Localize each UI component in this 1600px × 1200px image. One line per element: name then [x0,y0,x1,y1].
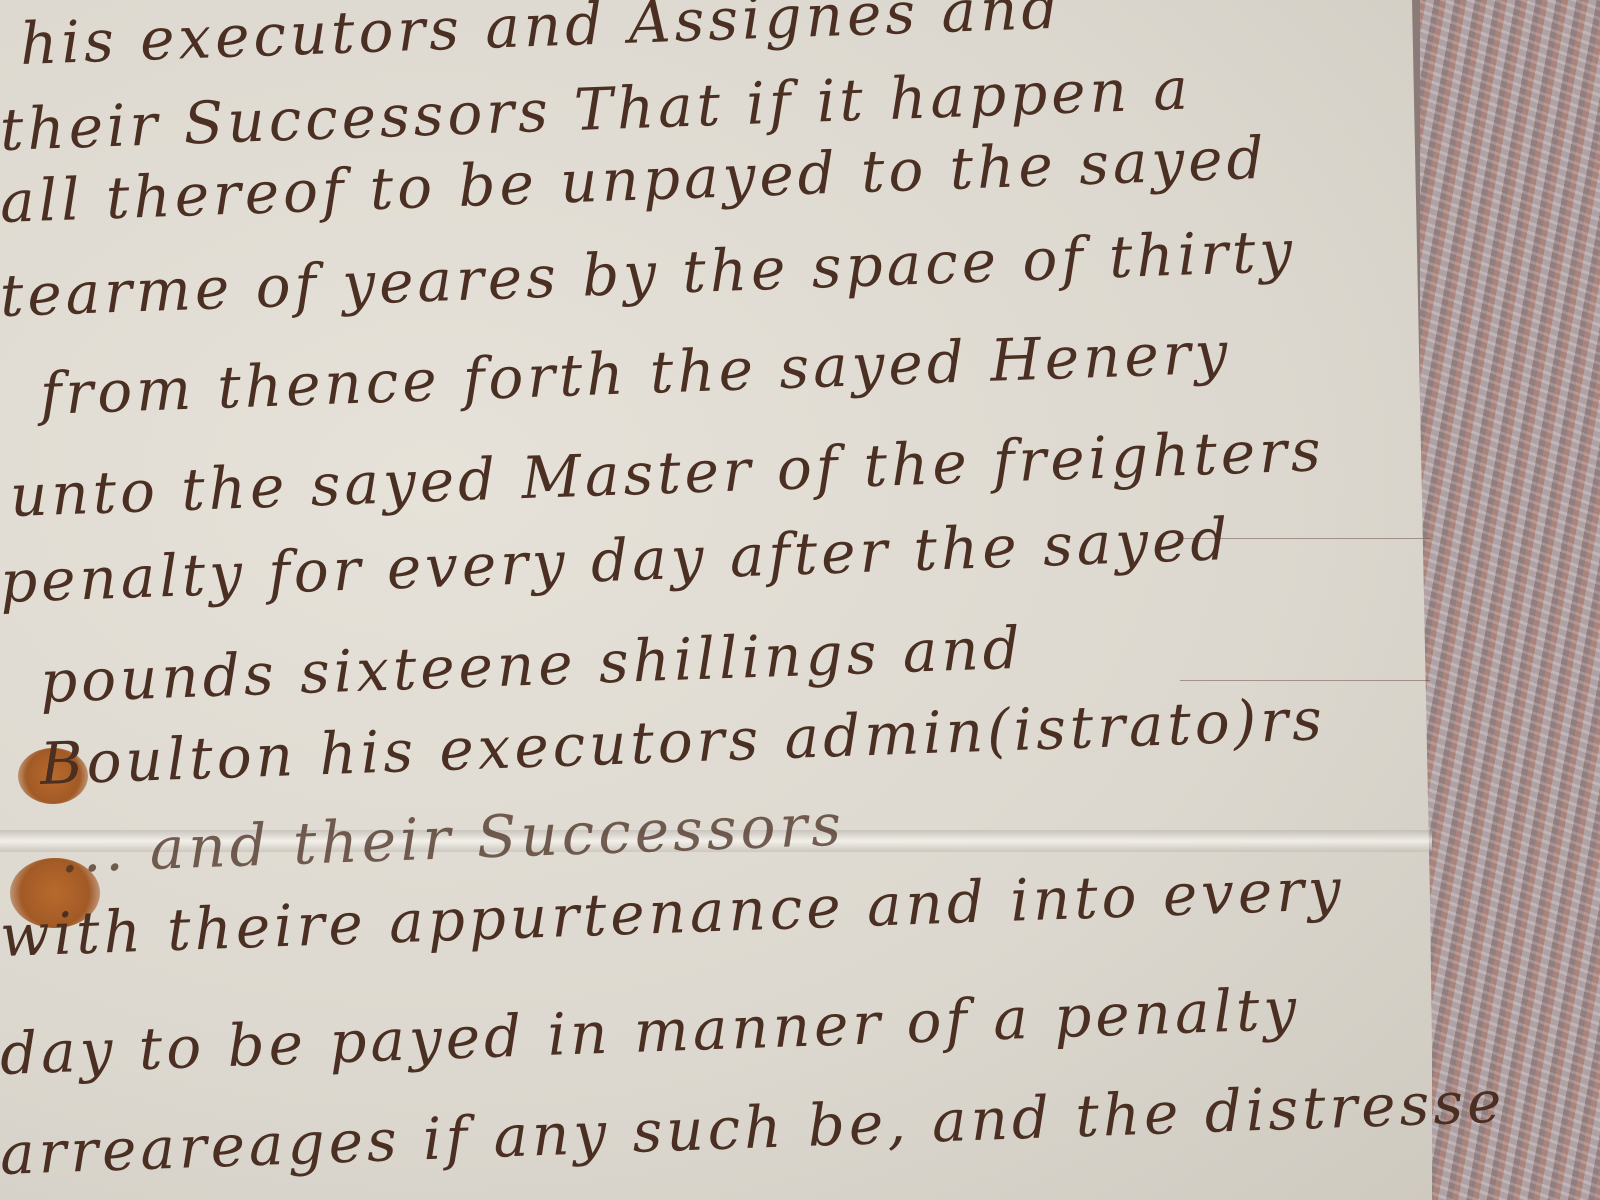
fabric-background [1420,0,1600,1200]
ruled-line [1180,680,1430,681]
